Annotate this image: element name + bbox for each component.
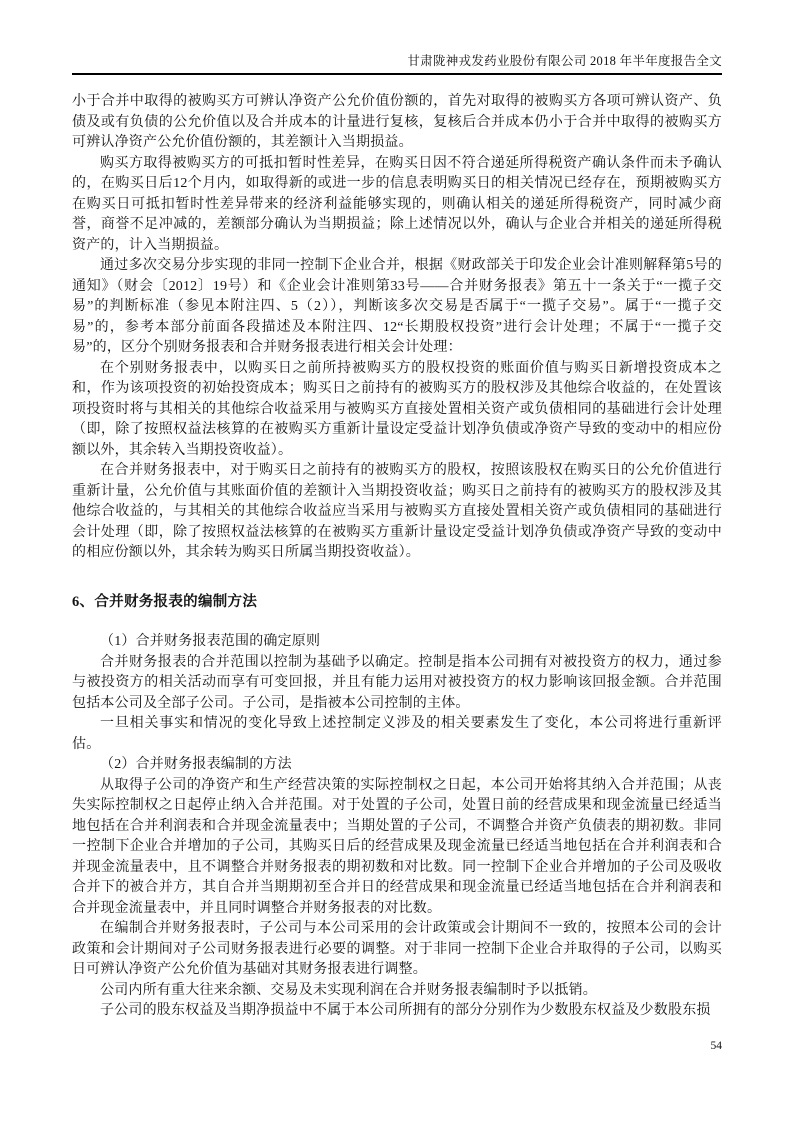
body-paragraph: 公司内所有重大往来余额、交易及未实现利润在合并财务报表编制时予以抵销。: [72, 981, 722, 1002]
header-title: 甘肃陇神戎发药业股份有限公司 2018 年半年度报告全文: [72, 0, 722, 69]
body-paragraph: 在个别财务报表中，以购买日之前所持被购买方的股权投资的账面价值与购买日新增投资成…: [72, 359, 722, 462]
page-footer: 54: [72, 1040, 722, 1052]
body-paragraph: 一旦相关事实和情况的变化导致上述控制定义涉及的相关要素发生了变化，本公司将进行重…: [72, 714, 722, 755]
page-number: 54: [711, 1040, 723, 1052]
content-column: 甘肃陇神戎发药业股份有限公司 2018 年半年度报告全文 小于合并中取得的被购买…: [72, 0, 722, 1022]
report-page: 甘肃陇神戎发药业股份有限公司 2018 年半年度报告全文 小于合并中取得的被购买…: [0, 0, 793, 1122]
header-divider: [72, 73, 722, 75]
body-paragraph: 小于合并中取得的被购买方可辨认净资产公允价值份额的，首先对取得的被购买方各项可辨…: [72, 92, 722, 154]
body-paragraph: 在编制合并财务报表时，子公司与本公司采用的会计政策或会计期间不一致的，按照本公司…: [72, 919, 722, 981]
body-paragraph: 子公司的股东权益及当期净损益中不属于本公司所拥有的部分分别作为少数股东权益及少数…: [72, 1001, 722, 1022]
body-paragraph: 购买方取得被购买方的可抵扣暂时性差异，在购买日因不符合递延所得税资产确认条件而未…: [72, 154, 722, 257]
subsection-heading: （2）合并财务报表编制的方法: [72, 755, 722, 776]
body-paragraph: 通过多次交易分步实现的非同一控制下企业合并，根据《财政部关于印发企业会计准则解释…: [72, 256, 722, 359]
section-heading: 6、合并财务报表的编制方法: [72, 592, 722, 613]
body-paragraph: 合并财务报表的合并范围以控制为基础予以确定。控制是指本公司拥有对被投资方的权力，…: [72, 653, 722, 715]
body-text: 小于合并中取得的被购买方可辨认净资产公允价值份额的，首先对取得的被购买方各项可辨…: [72, 92, 722, 1022]
body-paragraph: 在合并财务报表中，对于购买日之前持有的被购买方的股权，按照该股权在购买日的公允价…: [72, 461, 722, 564]
body-paragraph: 从取得子公司的净资产和生产经营决策的实际控制权之日起，本公司开始将其纳入合并范围…: [72, 776, 722, 920]
subsection-heading: （1）合并财务报表范围的确定原则: [72, 632, 722, 653]
